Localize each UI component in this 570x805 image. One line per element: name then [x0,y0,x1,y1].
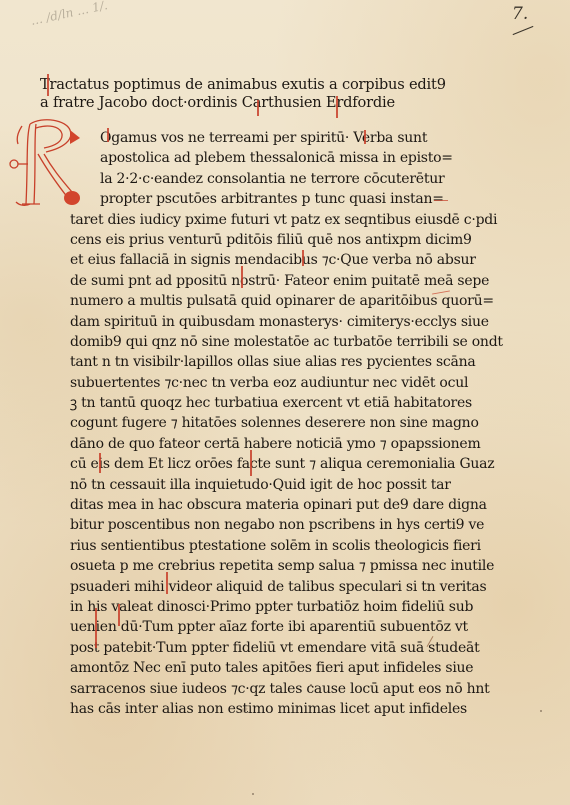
text-line: domib9 qui qnz nō sine molestatōe ac tur… [70,332,494,352]
foxing-spot [540,710,542,712]
margin-mark [434,200,448,201]
text-line: Ogamus vos ne terreami per spiritū· Verb… [100,128,494,148]
rubric-stroke [241,266,243,288]
decorated-initial-R [8,118,92,208]
text-line: amontōz Nec enī puto tales apitōes fieri… [70,658,494,678]
rubric-stroke [302,250,304,266]
manuscript-page: … /d/ln … 1/. 7. Tractatus poptimus de a… [0,0,570,805]
text-line: ditas mea in hac obscura materia opinari… [70,495,494,515]
text-line: osueta p me crebrius repetita semp salua… [70,556,494,576]
text-line: apostolica ad plebem thessalonicā missa … [100,148,494,168]
foxing-spot [310,684,312,686]
heading-line-2: a fratre Jacobo doct·ordinis Carthusien … [40,94,500,112]
text-line: uenien dū·Tum ppter aīaz forte ibi apare… [70,617,494,637]
text-line: dāno de quo fateor certā habere noticiā … [70,434,494,454]
rubric-stroke [95,608,97,628]
text-line: dam spirituū in quibusdam monasterys· ci… [70,312,494,332]
text-line: la 2·2·c·eandez consolantia ne terrore c… [100,169,494,189]
text-line: taret dies iudicy pxime futuri vt patz e… [70,210,494,230]
text-line: tant n tn visibilr·lapillos ollas siue a… [70,352,494,372]
foxing-spot [252,793,254,795]
text-line: rius sentientibus ptestatione solēm in s… [70,536,494,556]
text-line: in his valeat dinosci·Primo ppter turbat… [70,597,494,617]
rubric-stroke [47,74,49,96]
text-line: de sumi pnt ad ppositū nostrū· Fateor en… [70,271,494,291]
rubric-stroke [257,100,259,116]
text-line: cens eis prius venturū pditōis filiū quē… [70,230,494,250]
text-line: cogunt fugere ⁊ hitatōes solennes desere… [70,413,494,433]
rubric-stroke [99,453,101,473]
text-line: ꝫ tn tantū quoqz hec turbatiua exercent … [70,393,494,413]
rubric-stroke [250,450,252,476]
text-line: subuertentes ⁊c·nec tn verba eoz audiunt… [70,373,494,393]
text-line: numero a multis pulsatā quid opinarer de… [70,291,494,311]
rubric-stroke [166,572,168,594]
rubric-stroke [95,628,97,648]
rubric-stroke [107,128,109,142]
rubric-stroke [336,96,338,118]
text-line: sarracenos siue iudeos ⁊c·qz tales cause… [70,679,494,699]
body-text: Ogamus vos ne terreami per spiritū· Verb… [84,128,494,719]
heading-line-1: Tractatus poptimus de animabus exutis a … [40,76,500,94]
text-line: cū eis dem Et licz orōes facte sunt ⁊ al… [70,454,494,474]
folio-underline [513,26,534,35]
text-line: has cās inter alias non estimo minimas l… [70,699,494,719]
text-line: psuaderi mihi videor aliquid de talibus … [70,577,494,597]
text-line: nō tn cessauit illa inquietudo·Quid igit… [70,475,494,495]
text-line: bitur poscentibus non negabo non pscribe… [70,515,494,535]
initial-R-icon [8,118,92,208]
pencil-annotation: … /d/ln … 1/. [29,0,108,28]
incipit-heading: Tractatus poptimus de animabus exutis a … [40,76,500,112]
folio-number: 7. [512,4,528,24]
rubric-stroke [118,604,120,626]
text-line: et eius fallaciā in signis mendacibus ⁊c… [70,250,494,270]
rubric-stroke [364,130,366,144]
